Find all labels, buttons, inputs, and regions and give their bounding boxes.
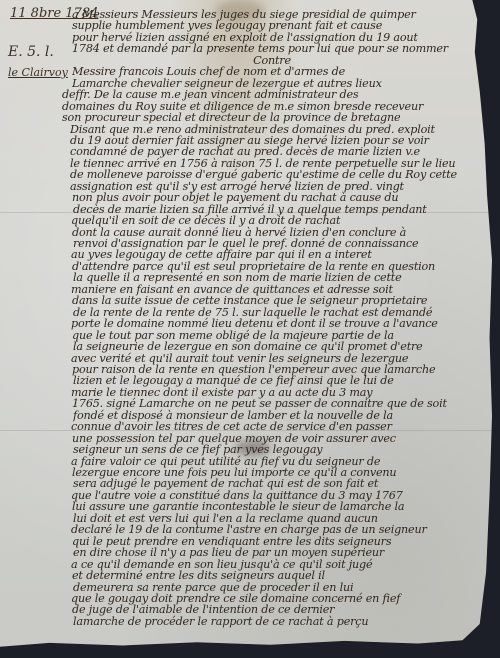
manuscript-page: 11 8bre 1784 E. 5. l. le Clairvoy a Mess… — [0, 0, 492, 650]
margin-name: le Clairvoy — [8, 66, 68, 79]
margin-reference: E. 5. l. — [8, 44, 54, 60]
manuscript-line: lamarche de procéder le rapport de ce ra… — [73, 613, 497, 631]
scanned-document: 11 8bre 1784 E. 5. l. le Clairvoy a Mess… — [0, 0, 500, 658]
